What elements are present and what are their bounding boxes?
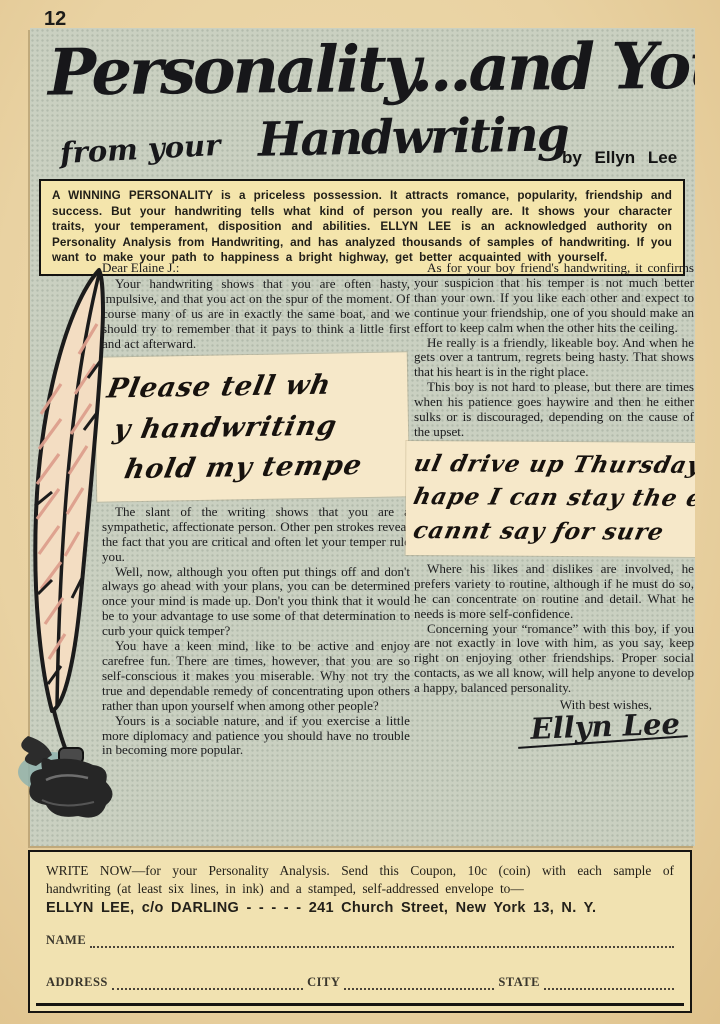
salutation: Dear Elaine J.: [102, 261, 410, 276]
city-field-label: CITY [307, 975, 340, 990]
paragraph: Concerning your “romance” with this boy,… [414, 622, 694, 697]
handwriting-line: cannt say for sure [410, 514, 695, 549]
coupon-box: WRITE NOW—for your Personality Analysis.… [28, 850, 692, 1013]
handwriting-line: hape I can stay the e [410, 480, 695, 515]
left-column: Dear Elaine J.: Your handwriting shows t… [102, 261, 410, 758]
paragraph: He really is a friendly, likeable boy. A… [414, 336, 694, 381]
paragraph: As for your boy friend's handwriting, it… [414, 261, 694, 336]
handwriting-line: y handwriting [104, 405, 404, 451]
paragraph: Yours is a sociable nature, and if you e… [102, 714, 410, 759]
handwriting-sample-2: ul drive up Thursday hape I can stay the… [406, 441, 695, 557]
city-field-line [344, 976, 494, 990]
paragraph: You have a keen mind, like to be active … [102, 639, 410, 714]
article-panel: Personality...and You from your Handwrit… [30, 28, 695, 846]
magazine-page: 12 Personality...and You from your Handw… [0, 0, 720, 1024]
right-column: As for your boy friend's handwriting, it… [414, 261, 694, 743]
paragraph: Well, now, although you often put things… [102, 565, 410, 640]
quill-pen-ink-bottle-illustration [12, 264, 118, 832]
handwriting-line: ul drive up Thursday [411, 447, 695, 482]
paragraph: The slant of the writing shows that you … [102, 505, 410, 565]
handwriting-line: Please tell wh [103, 365, 403, 411]
name-field-label: NAME [46, 933, 86, 948]
paragraph: Your handwriting shows that you are ofte… [102, 277, 410, 352]
handwriting-sample-1: Please tell wh y handwriting hold my tem… [95, 353, 409, 502]
address-field-line [112, 976, 303, 990]
address-field-label: ADDRESS [46, 975, 108, 990]
paragraph: This boy is not hard to please, but ther… [414, 380, 694, 440]
coupon-address-line: ELLYN LEE, c/o DARLING - - - - - 241 Chu… [46, 900, 674, 916]
handwriting-line: hold my tempe [105, 446, 405, 492]
state-field-line [544, 976, 674, 990]
article-title: Personality...and You [48, 28, 695, 110]
paragraph: Where his likes and dislikes are involve… [414, 562, 694, 622]
article-title-from-your: from your [59, 128, 221, 170]
coupon-text: WRITE NOW—for your Personality Analysis.… [46, 862, 674, 897]
state-field-label: STATE [498, 975, 540, 990]
article-title-handwriting: Handwriting [258, 107, 568, 167]
name-field-line [90, 934, 674, 948]
byline: by Ellyn Lee [562, 148, 677, 168]
